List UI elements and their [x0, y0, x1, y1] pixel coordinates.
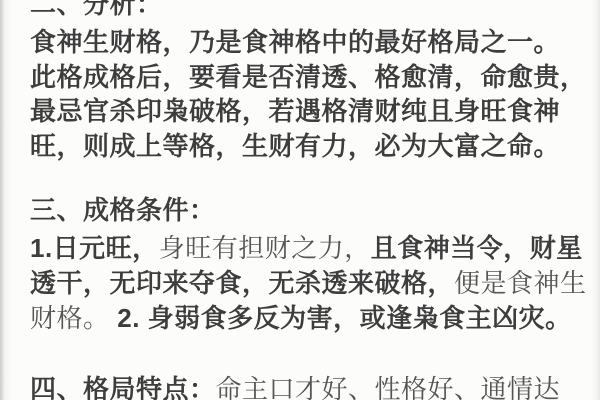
text-line: 三、成格条件： [30, 193, 582, 227]
bold-text-run: 四、格局特点： [30, 374, 216, 400]
text-line: 此格成格后，要看是否清透、格愈清，命愈贵， [30, 60, 582, 94]
bold-text-run: 旺，则成上等格，生财有力，必为大富之命。 [30, 131, 560, 161]
text-line: 四、格局特点：命主口才好、性格好、通情达 [30, 372, 582, 400]
text-line: 旺，则成上等格，生财有力，必为大富之命。 [30, 129, 582, 163]
bold-text-run: 三、成格条件： [30, 195, 216, 225]
text-line: 财格。 2. 身弱食多反为害，或逢枭食主凶灾。 [30, 301, 582, 335]
bold-text-run: 食神生财格，乃是食神格中的最好格局之一。 [30, 27, 560, 57]
text-line: 1.日元旺，身旺有担财之力，且食神当令，财星 [30, 231, 582, 265]
bold-text-run: 二、分析： [30, 0, 163, 19]
text-line: 二、分析： [30, 0, 582, 21]
bold-text-run: 2. 身弱食多反为害，或逢枭食主凶灾。 [110, 303, 572, 333]
text-line: 透干，无印来夺食，无杀透来破格，便是食神生 [30, 266, 582, 300]
document-page: 二、分析：食神生财格，乃是食神格中的最好格局之一。此格成格后，要看是否清透、格愈… [0, 0, 600, 400]
text-line: 最忌官杀印枭破格，若遇格清财纯且身旺食神 [30, 94, 582, 128]
text-run: 身旺有担财之力， [159, 233, 371, 263]
bold-text-run: 最忌官杀印枭破格，若遇格清财纯且身旺食神 [30, 96, 560, 126]
text-run: 命主口才好、性格好、通情达 [216, 374, 561, 400]
document-text-layer: 二、分析：食神生财格，乃是食神格中的最好格局之一。此格成格后，要看是否清透、格愈… [0, 0, 600, 400]
bold-text-run: 此格成格后，要看是否清透、格愈清，命愈贵， [30, 62, 587, 92]
bold-text-run: 透干，无印来夺食，无杀透来破格， [30, 268, 454, 298]
text-run: 财格。 [30, 303, 110, 333]
text-run: 便是食神生 [454, 268, 587, 298]
text-line: 食神生财格，乃是食神格中的最好格局之一。 [30, 25, 582, 59]
bold-text-run: 1.日元旺， [30, 233, 159, 263]
bold-text-run: 且食神当令，财星 [371, 233, 583, 263]
